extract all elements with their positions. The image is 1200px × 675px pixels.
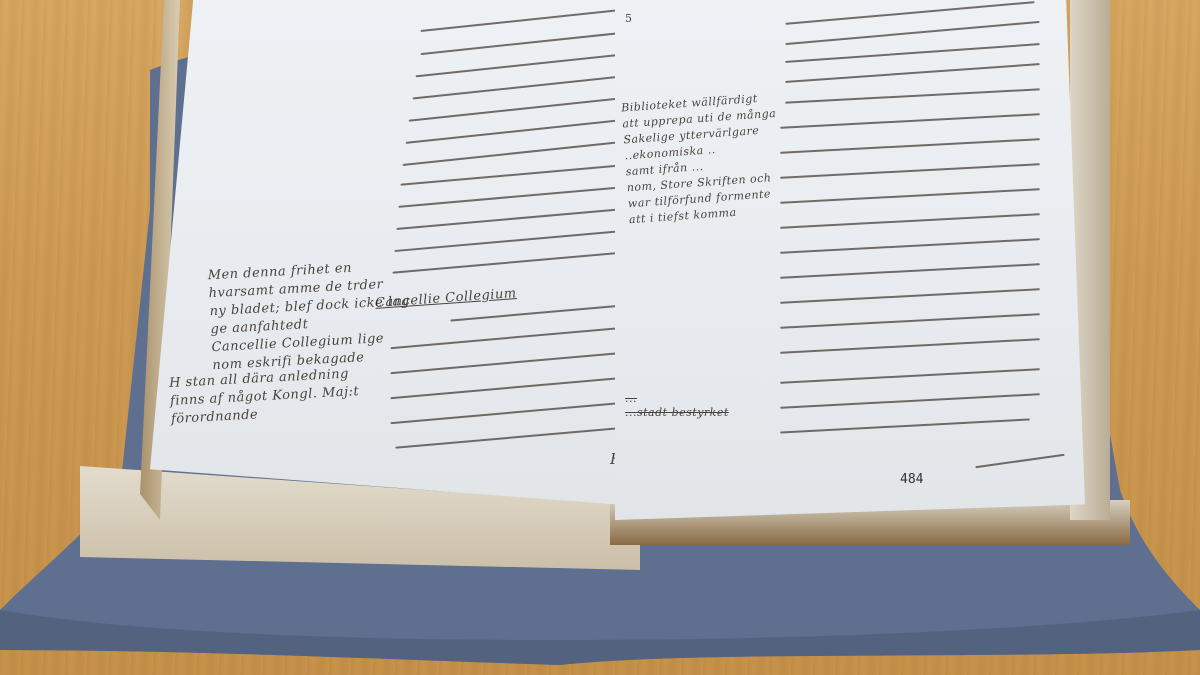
margin-note-1: Men denna frihet en hvarsamt amme de trd… xyxy=(207,257,413,375)
left-page: Men denna frihet en hvarsamt amme de trd… xyxy=(150,0,690,510)
right-margin-note-bottom: ... ...stadt bestyrket xyxy=(625,392,729,420)
right-page: 5 Biblioteket wällfärdigt att upprepa ut… xyxy=(615,0,1085,520)
margin-note-2: H stan all dära anledning finns af något… xyxy=(169,365,361,429)
page-number-top: 5 xyxy=(625,10,633,28)
open-book: Men denna frihet en hvarsamt amme de trd… xyxy=(70,0,1140,600)
page-number-484: 484 xyxy=(900,472,923,487)
right-margin-note: Biblioteket wällfärdigt att upprepa uti … xyxy=(621,90,784,228)
